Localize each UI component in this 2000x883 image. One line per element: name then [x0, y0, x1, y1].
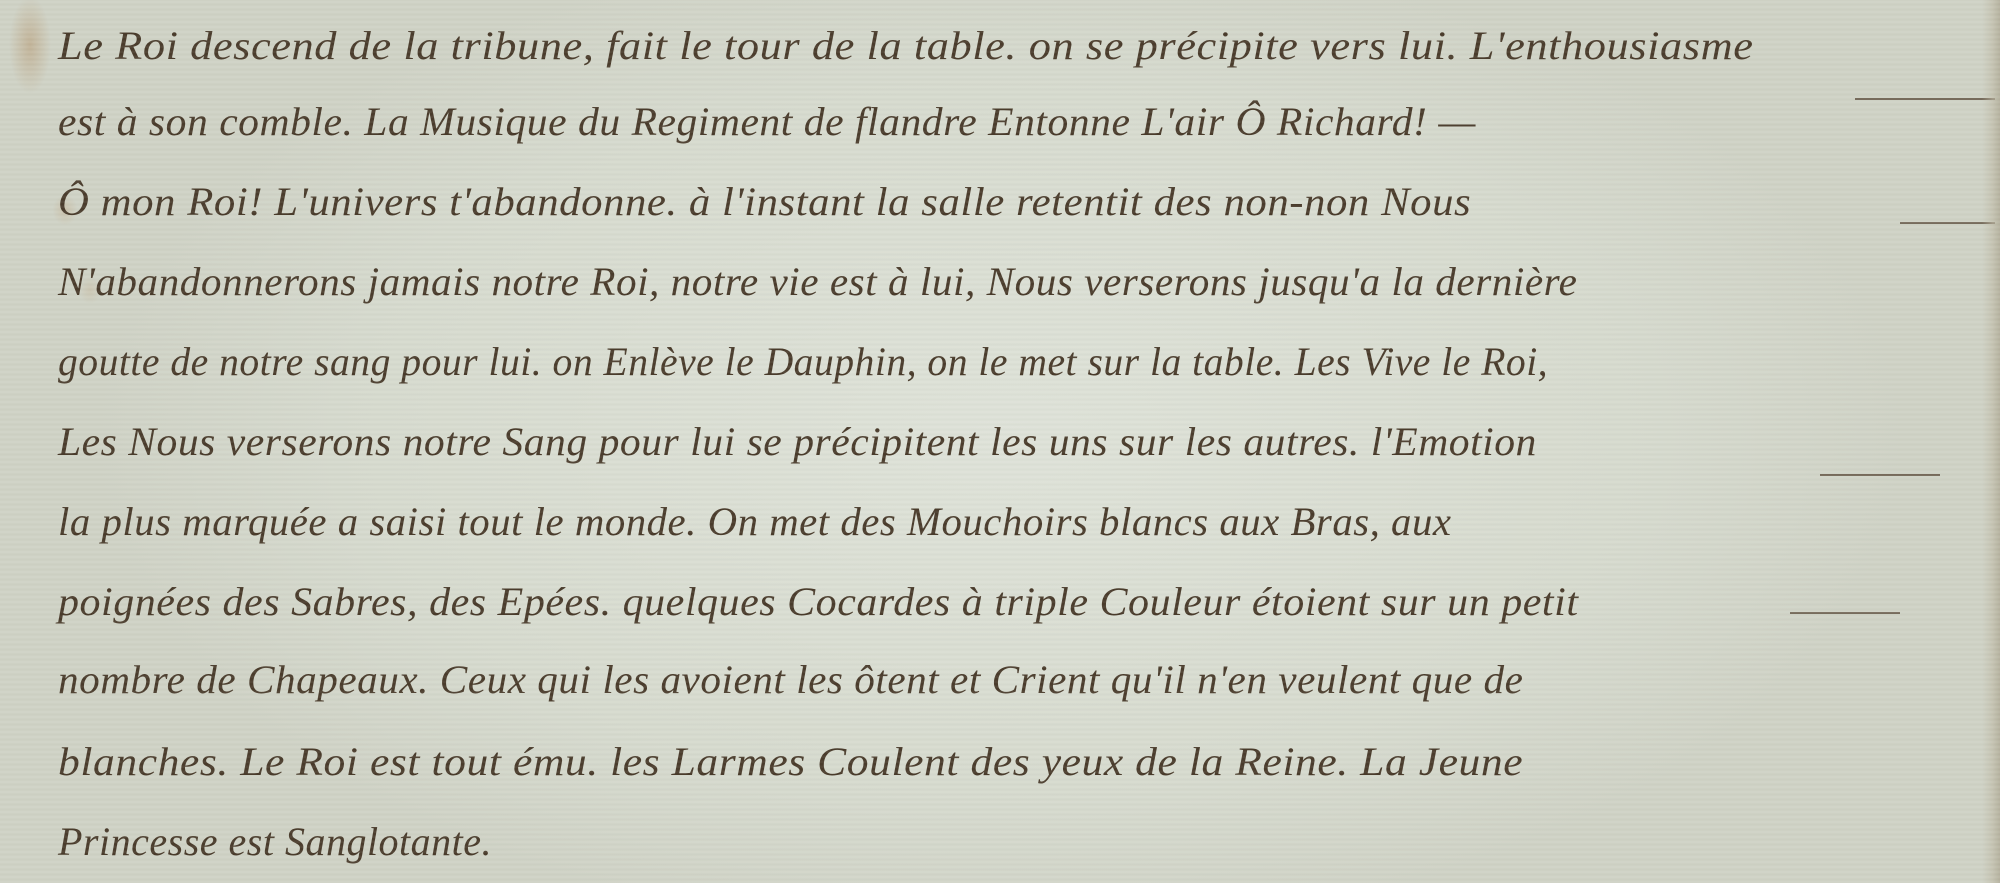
manuscript-line-7: la plus marquée a saisi tout le monde. O… — [58, 498, 1451, 546]
manuscript-line-10: blanches. Le Roi est tout ému. les Larme… — [58, 738, 1523, 786]
line-end-flourish — [1900, 222, 1995, 224]
manuscript-line-11: Princesse est Sanglotante. — [58, 818, 492, 866]
manuscript-line-1: Le Roi descend de la tribune, fait le to… — [58, 22, 1753, 70]
manuscript-line-5: goutte de notre sang pour lui. on Enlève… — [58, 338, 1548, 386]
manuscript-line-3: Ô mon Roi! L'univers t'abandonne. à l'in… — [58, 178, 1471, 226]
line-end-flourish — [1855, 98, 1995, 100]
line-end-flourish — [1820, 474, 1940, 476]
manuscript-text-block: Le Roi descend de la tribune, fait le to… — [0, 0, 2000, 883]
manuscript-line-9: nombre de Chapeaux. Ceux qui les avoient… — [58, 656, 1523, 704]
manuscript-line-8: poignées des Sabres, des Epées. quelques… — [58, 578, 1579, 626]
line-end-flourish — [1790, 612, 1900, 614]
manuscript-line-2: est à son comble. La Musique du Regiment… — [58, 98, 1476, 146]
manuscript-line-4: N'abandonnerons jamais notre Roi, notre … — [58, 258, 1577, 306]
manuscript-line-6: Les Nous verserons notre Sang pour lui s… — [58, 418, 1537, 466]
paper-edge — [1982, 0, 2000, 883]
manuscript-page: Le Roi descend de la tribune, fait le to… — [0, 0, 2000, 883]
